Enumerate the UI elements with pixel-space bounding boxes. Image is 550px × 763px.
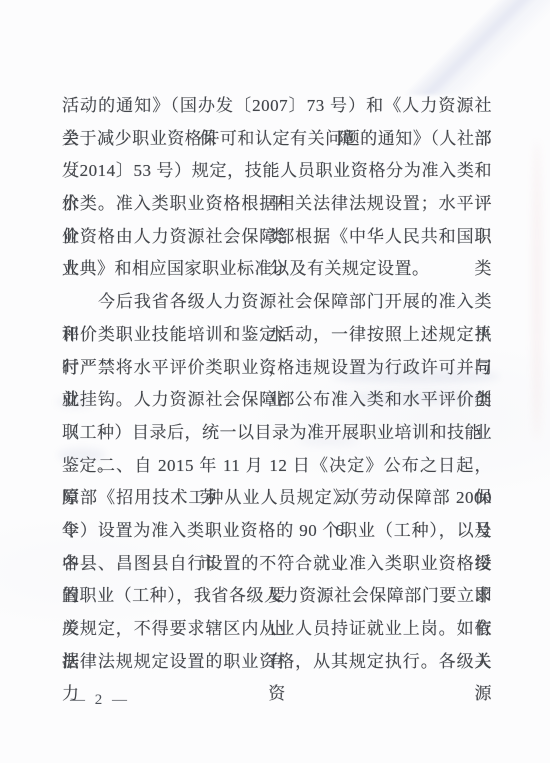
document-line: 的职业（工种），我省各级人力资源社会保障部门要立即废止有 bbox=[62, 580, 492, 613]
bleed-through-artifact bbox=[532, 140, 542, 440]
document-line: 活动的通知》（国办发〔2007〕73 号）和《人力资源社会保障部 bbox=[62, 90, 492, 123]
document-line: 业资格由人力资源社会保障部根据《中华人民共和国职业分类 bbox=[62, 221, 492, 254]
document-line: 法律法规规定设置的职业资格，从其规定执行。各级人力资源 bbox=[62, 646, 492, 679]
document-line: 价类。准入类职业资格根据相关法律法规设置；水平评价类职 bbox=[62, 188, 492, 221]
page-number: — 2 — bbox=[70, 692, 130, 709]
document-line: 中县、昌图县自行设置的不符合就业准入类职业资格设置要求 bbox=[62, 548, 492, 581]
document-line: 关规定，不得要求辖区内从业人员持证就业上岗。如依据有关 bbox=[62, 613, 492, 646]
scan-streak-artifact bbox=[405, 0, 550, 95]
document-line: 时严禁将水平评价类职业资格违规设置为行政许可并与就业创 bbox=[62, 352, 492, 385]
document-line: 评价类职业技能培训和鉴定活动，一律按照上述规定执行，同 bbox=[62, 319, 492, 352]
document-line: 大典》和相应国家职业标准以及有关规定设置。 bbox=[62, 253, 492, 286]
document-line: 业挂钩。人力资源社会保障部公布准入类和水平评价类职业 bbox=[62, 384, 492, 417]
document-line: （工种）目录后，统一以目录为准开展职业培训和技能鉴定。 bbox=[62, 417, 492, 450]
document-line: 二、自 2015 年 11 月 12 日《决定》公布之日起，原劳动保 bbox=[62, 450, 492, 483]
document-line: 关于减少职业资格许可和认定有关问题的通知》（人社部发 bbox=[62, 123, 492, 156]
document-line: 〔2014〕53 号）规定，技能人员职业资格分为准入类和水平评 bbox=[62, 155, 492, 188]
document-body: 活动的通知》（国办发〔2007〕73 号）和《人力资源社会保障部 关于减少职业资… bbox=[62, 90, 492, 678]
document-line: 令）设置为准入类职业资格的 90 个职业（工种），以及各市、绥 bbox=[62, 515, 492, 548]
document-page: 活动的通知》（国办发〔2007〕73 号）和《人力资源社会保障部 关于减少职业资… bbox=[0, 0, 550, 763]
document-line: 障部《招用技术工种从业人员规定》（劳动保障部 2000 年 6 号 bbox=[62, 482, 492, 515]
document-line: 今后我省各级人力资源社会保障部门开展的准入类和水平 bbox=[62, 286, 492, 319]
